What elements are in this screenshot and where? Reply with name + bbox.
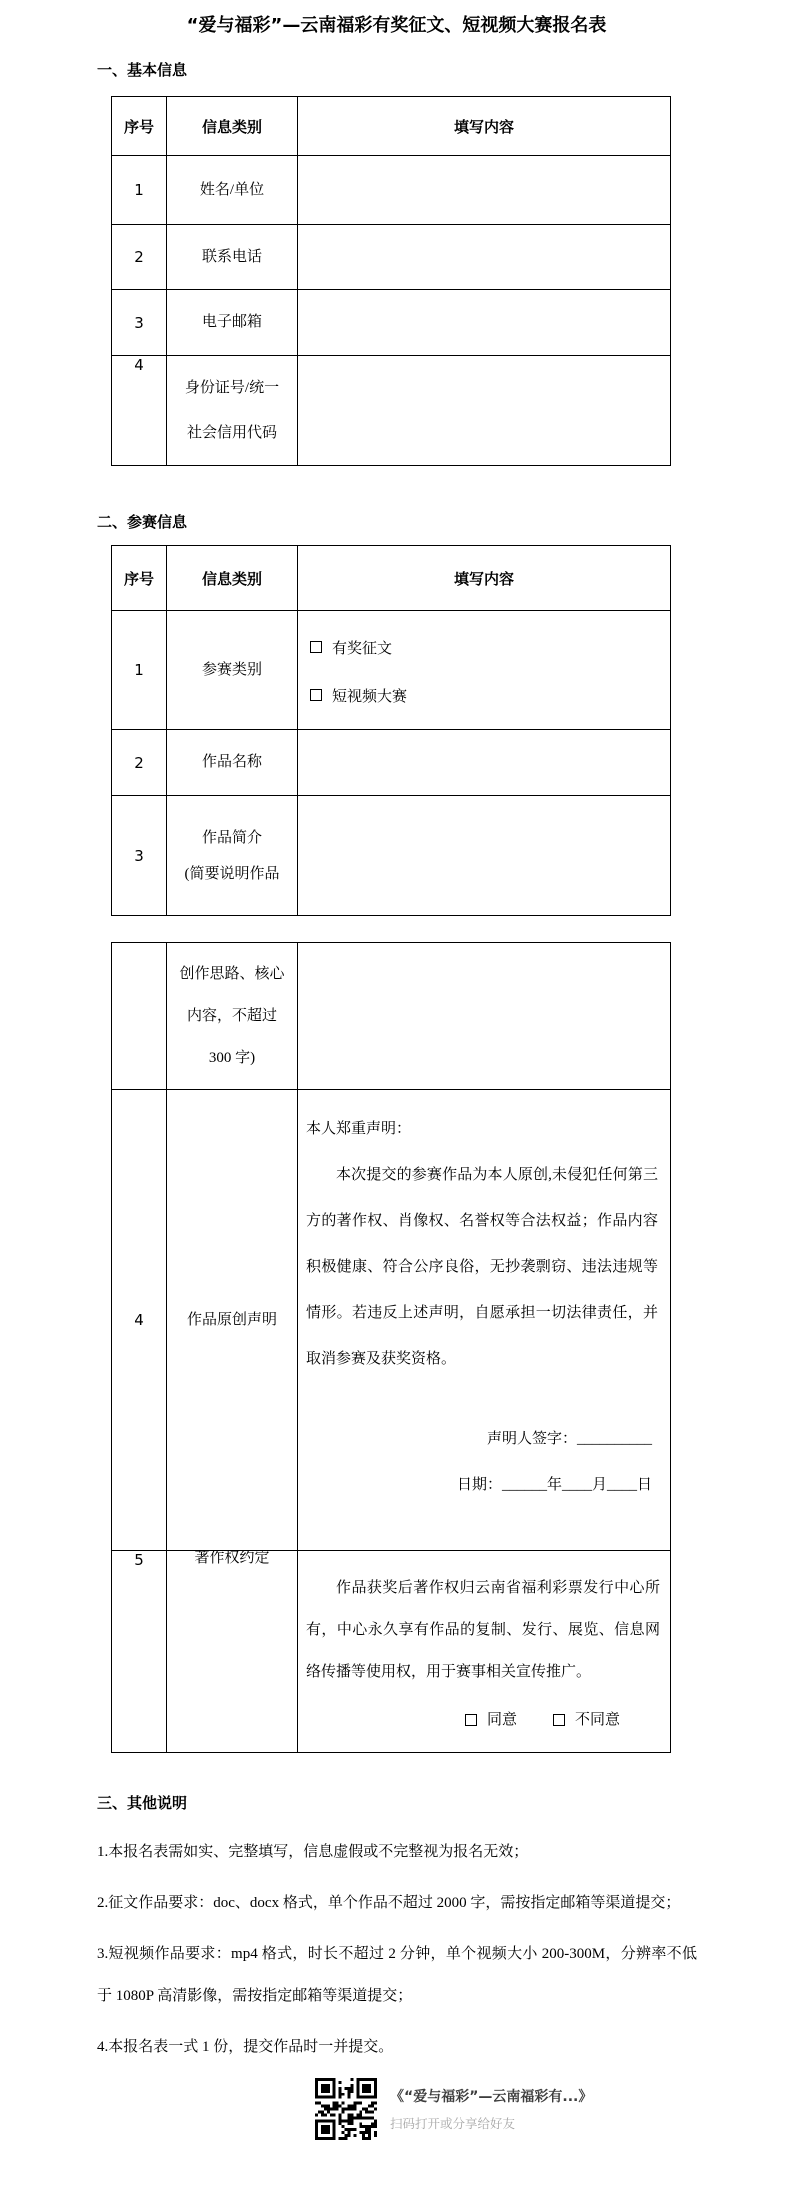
option-essay: 有奖征文	[310, 623, 670, 671]
table-row: 3 电子邮箱	[112, 290, 671, 356]
entry-info-table-continued: 创作思路、核心 内容，不超过 300 字) 4 作品原创声明 本人郑重声明： 本…	[111, 942, 671, 1753]
share-hint: 扫码打开或分享给好友	[390, 2114, 592, 2132]
table-row: 4 作品原创声明 本人郑重声明： 本次提交的参赛作品为本人原创,未侵犯任何第三方…	[112, 1090, 671, 1551]
section-heading-entry: 二、参赛信息	[0, 512, 793, 533]
category-label: 姓名/单位	[167, 156, 298, 225]
category-label: 身份证号/统一 社会信用代码	[167, 356, 298, 466]
section-heading-notes: 三、其他说明	[0, 1793, 793, 1814]
row-number: 3	[112, 796, 167, 916]
page-title: “爱与福彩”—云南福彩有奖征文、短视频大赛报名表	[0, 0, 793, 39]
header-content: 填写内容	[298, 546, 671, 611]
note-item: 4.本报名表一式 1 份，提交作品时一并提交。	[97, 2026, 697, 2068]
table-row: 2 作品名称	[112, 730, 671, 796]
entry-info-table: 序号 信息类别 填写内容 1 参赛类别 有奖征文 短视频大赛	[111, 545, 671, 916]
category-label: 作品简介 (简要说明作品	[167, 796, 298, 916]
option-label: 短视频大赛	[332, 685, 407, 706]
fill-cell-work-intro-continued[interactable]	[298, 943, 671, 1090]
category-label: 著作权约定	[167, 1551, 298, 1753]
doc-link-title[interactable]: 《“爱与福彩”—云南福彩有...》	[390, 2086, 592, 2106]
header-category: 信息类别	[167, 546, 298, 611]
row-number: 3	[112, 290, 167, 356]
checkbox-short-video[interactable]	[310, 689, 322, 701]
fill-cell-work-intro[interactable]	[298, 796, 671, 916]
qr-code	[315, 2078, 377, 2140]
share-footer: 《“爱与福彩”—云南福彩有...》 扫码打开或分享给好友	[315, 2078, 793, 2140]
category-label: 电子邮箱	[167, 290, 298, 356]
agree-option: 同意	[465, 1699, 517, 1741]
header-category: 信息类别	[167, 97, 298, 156]
header-no: 序号	[112, 546, 167, 611]
section-heading-basic: 一、基本信息	[0, 60, 793, 81]
date-line: 日期：______年____月____日	[306, 1462, 652, 1508]
agree-label: 同意	[487, 1699, 517, 1741]
header-content: 填写内容	[298, 97, 671, 156]
table-header-row: 序号 信息类别 填写内容	[112, 546, 671, 611]
row-number: 2	[112, 225, 167, 290]
signature-line: 声明人签字：__________	[306, 1416, 652, 1462]
row-number: 1	[112, 156, 167, 225]
table-row: 1 姓名/单位	[112, 156, 671, 225]
row-number: 1	[112, 611, 167, 730]
row-number-empty	[112, 943, 167, 1090]
table-row: 1 参赛类别 有奖征文 短视频大赛	[112, 611, 671, 730]
copyright-body: 作品获奖后著作权归云南省福利彩票发行中心所有，中心永久享有作品的复制、发行、展览…	[306, 1567, 660, 1693]
row-number: 2	[112, 730, 167, 796]
row-number: 4	[112, 1090, 167, 1551]
basic-info-table: 序号 信息类别 填写内容 1 姓名/单位 2 联系电话 3 电子邮箱 4 身份证…	[111, 96, 671, 466]
table-row: 5 著作权约定 作品获奖后著作权归云南省福利彩票发行中心所有，中心永久享有作品的…	[112, 1551, 671, 1753]
header-no: 序号	[112, 97, 167, 156]
fill-cell-phone[interactable]	[298, 225, 671, 290]
fill-cell-id-code[interactable]	[298, 356, 671, 466]
checkbox-disagree[interactable]	[553, 1714, 565, 1726]
originality-statement-cell: 本人郑重声明： 本次提交的参赛作品为本人原创,未侵犯任何第三方的著作权、肖像权、…	[298, 1090, 671, 1551]
note-item: 3.短视频作品要求：mp4 格式，时长不超过 2 分钟，单个视频大小 200-3…	[97, 1933, 697, 2017]
option-label: 有奖征文	[332, 637, 392, 658]
note-item: 1.本报名表需如实、完整填写，信息虚假或不完整视为报名无效；	[97, 1831, 697, 1873]
table-row: 3 作品简介 (简要说明作品	[112, 796, 671, 916]
row-number: 4	[112, 356, 167, 466]
disagree-label: 不同意	[575, 1699, 620, 1741]
copyright-agreement-cell: 作品获奖后著作权归云南省福利彩票发行中心所有，中心永久享有作品的复制、发行、展览…	[298, 1551, 671, 1753]
checkbox-agree[interactable]	[465, 1714, 477, 1726]
note-item: 2.征文作品要求：doc、docx 格式，单个作品不超过 2000 字，需按指定…	[97, 1882, 697, 1924]
fill-cell-work-title[interactable]	[298, 730, 671, 796]
category-label: 参赛类别	[167, 611, 298, 730]
category-label: 创作思路、核心 内容，不超过 300 字)	[167, 943, 298, 1090]
document-page: “爱与福彩”—云南福彩有奖征文、短视频大赛报名表 一、基本信息 序号 信息类别 …	[0, 0, 793, 2201]
disagree-option: 不同意	[553, 1699, 620, 1741]
fill-cell-name-unit[interactable]	[298, 156, 671, 225]
fill-cell-email[interactable]	[298, 290, 671, 356]
row-number: 5	[112, 1551, 167, 1753]
table-row: 创作思路、核心 内容，不超过 300 字)	[112, 943, 671, 1090]
table-header-row: 序号 信息类别 填写内容	[112, 97, 671, 156]
entry-type-options-cell: 有奖征文 短视频大赛	[298, 611, 671, 730]
statement-body: 本次提交的参赛作品为本人原创,未侵犯任何第三方的著作权、肖像权、名誉权等合法权益…	[306, 1152, 658, 1382]
option-short-video: 短视频大赛	[310, 671, 670, 719]
category-label: 作品名称	[167, 730, 298, 796]
statement-title: 本人郑重声明：	[306, 1106, 658, 1152]
table-row: 4 身份证号/统一 社会信用代码	[112, 356, 671, 466]
table-row: 2 联系电话	[112, 225, 671, 290]
checkbox-essay[interactable]	[310, 641, 322, 653]
category-label: 作品原创声明	[167, 1090, 298, 1551]
notes-list: 1.本报名表需如实、完整填写，信息虚假或不完整视为报名无效； 2.征文作品要求：…	[97, 1831, 697, 2068]
category-label: 联系电话	[167, 225, 298, 290]
